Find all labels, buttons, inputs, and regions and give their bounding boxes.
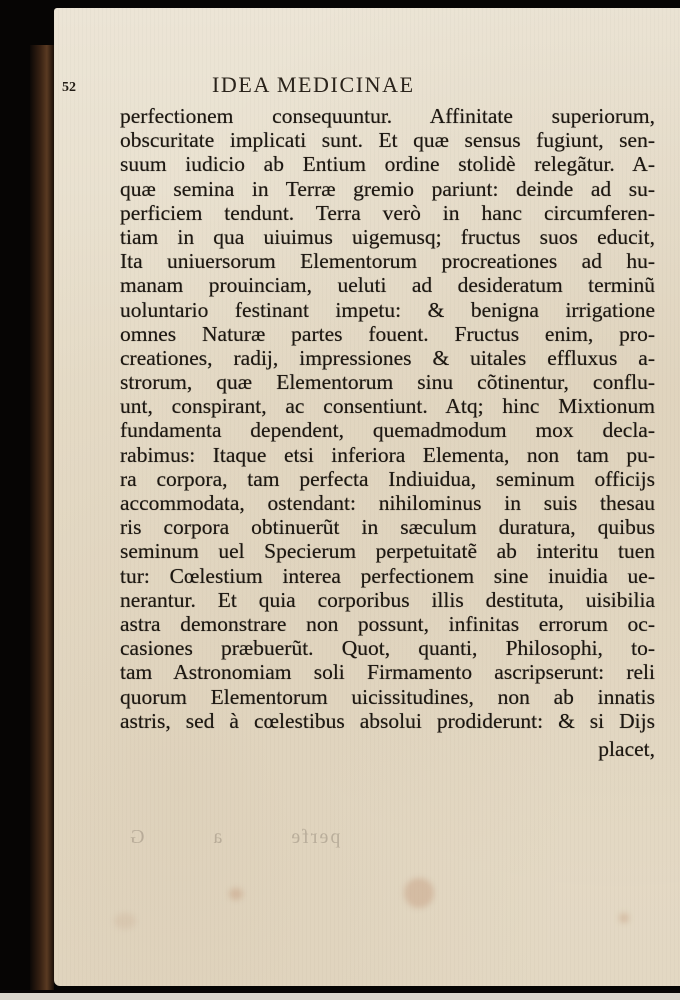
book-spine-shadow xyxy=(30,45,54,990)
foxing-stain xyxy=(114,913,136,929)
page-body-text: perfectionem consequuntur. Affinitate su… xyxy=(120,104,655,761)
page-header: 52 IDEA MEDICINAE xyxy=(62,72,622,102)
scanned-page-viewer: 52 IDEA MEDICINAE perfectionem consequun… xyxy=(0,0,680,1000)
text-line: suum iudicio ab Entium ordine stolidè re… xyxy=(120,152,655,176)
text-line: fundamenta dependent, quemadmodum mox de… xyxy=(120,418,655,442)
text-line: astris, sed à cœlestibus absolui prodide… xyxy=(120,709,655,733)
page-number: 52 xyxy=(62,80,76,96)
text-line: tiam in qua uiuimus uigemusq; fructus su… xyxy=(120,225,655,249)
text-line: manam prouinciam, ueluti ad desideratum … xyxy=(120,273,655,297)
text-line: obscuritate implicati sunt. Et quæ sensu… xyxy=(120,128,655,152)
text-line: perficiem tendunt. Terra verò in hanc ci… xyxy=(120,201,655,225)
text-line: seminum uel Specierum perpetuitatẽ ab in… xyxy=(120,539,655,563)
text-line: ra corpora, tam perfecta Indiuidua, semi… xyxy=(120,467,655,491)
text-line: Ita uniuersorum Elementorum procreatione… xyxy=(120,249,655,273)
foxing-stain xyxy=(619,913,629,923)
text-line: strorum, quæ Elementorum sinu cõtinentur… xyxy=(120,370,655,394)
bleed-through-text: perfe a G xyxy=(128,826,340,849)
text-line: casiones præbuerũt. Quot, quanti, Philos… xyxy=(120,636,655,660)
text-line: uoluntario festinant impetu: & benigna i… xyxy=(120,298,655,322)
text-line: tur: Cœlestium interea perfectionem sine… xyxy=(120,564,655,588)
text-line: perfectionem consequuntur. Affinitate su… xyxy=(120,104,655,128)
text-line: omnes Naturæ partes fouent. Fructus enim… xyxy=(120,322,655,346)
foxing-stain xyxy=(404,878,434,908)
catchword: placet, xyxy=(120,737,655,761)
scan-bottom-edge xyxy=(0,993,680,1000)
text-line: astra demonstrare non possunt, infinitas… xyxy=(120,612,655,636)
text-line: creationes, radij, impressiones & uitale… xyxy=(120,346,655,370)
text-line: rabimus: Itaque etsi inferiora Elementa,… xyxy=(120,443,655,467)
foxing-stain xyxy=(229,888,243,900)
text-line: quorum Elementorum uicissitudines, non a… xyxy=(120,685,655,709)
text-line: quæ semina in Terræ gremio pariunt: dein… xyxy=(120,177,655,201)
running-head: IDEA MEDICINAE xyxy=(212,72,415,98)
text-line: unt, conspirant, ac consentiunt. Atq; hi… xyxy=(120,394,655,418)
text-line: tam Astronomiam soli Firmamento ascripse… xyxy=(120,660,655,684)
text-line: nerantur. Et quia corporibus illis desti… xyxy=(120,588,655,612)
text-line: ris corpora obtinuerũt in sæculum duratu… xyxy=(120,515,655,539)
text-line: accommodata, ostendant: nihilominus in s… xyxy=(120,491,655,515)
